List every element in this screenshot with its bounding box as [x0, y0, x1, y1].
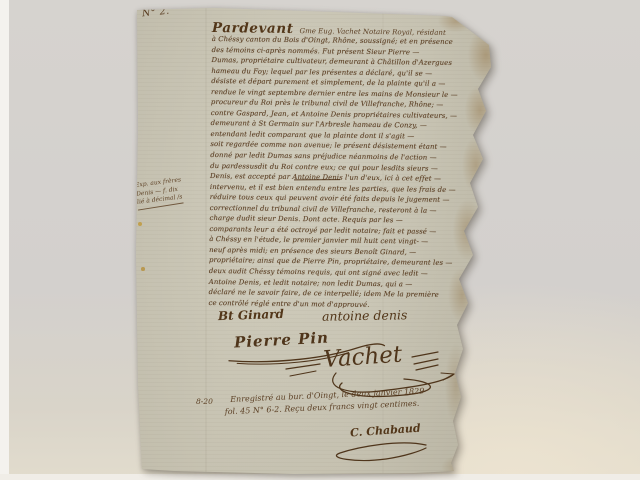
signature-vachet-text: Vachet: [323, 342, 404, 373]
document-number: N° 2.: [142, 6, 171, 20]
deed-opening-line: PardevantGme Eug. Vachet Notaire Royal, …: [212, 17, 478, 33]
foxing-spot: [138, 222, 142, 226]
foxing-spot: [141, 267, 145, 271]
deed-lines: à Chéssy canton du Bois d'Oingt, Rhône, …: [208, 34, 477, 311]
registration-lines: Enregistré au bur. d'Oingt, le deux janv…: [230, 384, 453, 417]
photo-backdrop: N° 2. Exp. aux frèresDenis — f. dixlié à…: [0, 0, 640, 480]
registration-code: 8-20: [196, 397, 213, 406]
manuscript-page: N° 2. Exp. aux frèresDenis — f. dixlié à…: [134, 5, 496, 475]
backdrop-left-edge: [0, 0, 9, 480]
margin-note: Exp. aux frèresDenis — f. dixlié à décim…: [135, 172, 218, 209]
signature-antoine-denis: antoine denis: [322, 307, 408, 323]
signature-ginard: Bt Ginard: [218, 307, 284, 324]
deed-body-text: PardevantGme Eug. Vachet Notaire Royal, …: [208, 17, 478, 311]
chabaud-flourish-icon: [330, 439, 430, 467]
manuscript-page-shadow: N° 2. Exp. aux frèresDenis — f. dixlié à…: [134, 5, 496, 475]
witness-signatures-row: Bt Ginard antoine denis: [218, 308, 407, 323]
signature-chabaud: C. Chabaud: [350, 422, 421, 440]
registration-block: 8-20 Enregistré au bur. d'Oingt, le deux…: [192, 394, 452, 417]
